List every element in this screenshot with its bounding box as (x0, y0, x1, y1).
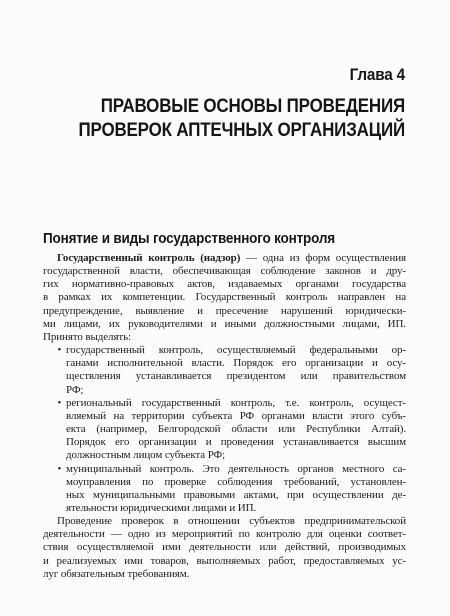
book-page: Глава 4 ПРАВОВЫЕ ОСНОВЫ ПРОВЕДЕНИЯ ПРОВЕ… (0, 0, 450, 616)
text-line: луг обязательным требованиям. (43, 568, 406, 581)
text-line: екта (например, Белгородской области или… (66, 423, 406, 436)
text-line: гих нормативно-правовых актов, издаваемы… (43, 278, 406, 291)
text-segment: ных муниципальными правовыми актами, при… (66, 489, 406, 501)
text-segment: муниципальный контроль. Это деятельность… (66, 463, 406, 475)
text-segment: Порядок его организации и проведения уст… (66, 436, 406, 448)
text-segment: должностным лицом субъекта РФ; (66, 449, 225, 461)
text-segment: государственный контроль, осуществляемый… (66, 344, 406, 356)
chapter-label: Глава 4 (41, 66, 406, 83)
bullet-item: •государственный контроль, осуществляемы… (43, 344, 406, 397)
text-segment: государственной власти, обеспечивающая с… (43, 265, 406, 277)
text-segment: луг обязательным требованиям. (43, 568, 189, 580)
text-line: ганами исполнительной власти. Порядок ег… (66, 357, 406, 370)
text-segment: ществления устанавливается президентом и… (66, 370, 406, 382)
bullet-item: •муниципальный контроль. Это деятельност… (43, 463, 406, 516)
text-segment: гих нормативно-правовых актов, издаваемы… (43, 278, 406, 290)
text-line: и реализуемых ими товаров, выполняемых р… (43, 555, 406, 568)
text-segment: в рамках их компетенции. Государственный… (43, 291, 406, 303)
text-segment: РФ; (66, 384, 83, 396)
text-segment: ганами исполнительной власти. Порядок ег… (66, 357, 406, 369)
bullet-item: •региональный государственный контроль, … (43, 397, 406, 463)
bullet-icon: • (58, 397, 62, 410)
text-line: •региональный государственный контроль, … (66, 397, 406, 410)
text-line: моуправления по проверке соблюдения треб… (66, 476, 406, 489)
chapter-title-line-2: ПРОВЕРОК АПТЕЧНЫХ ОРГАНИЗАЦИЙ (53, 119, 405, 143)
text-segment: и реализуемых ими товаров, выполняемых р… (43, 555, 406, 567)
text-segment: ятельности юридическими лицами и ИП. (66, 502, 256, 514)
text-line: деятельности — одно из мероприятий по ко… (43, 528, 406, 541)
bullet-icon: • (58, 463, 62, 476)
text-segment: — одна из форм осуществления (240, 252, 406, 264)
text-line: РФ; (66, 384, 406, 397)
text-line: ных муниципальными правовыми актами, при… (66, 489, 406, 502)
text-line: •государственный контроль, осуществляемы… (66, 344, 406, 357)
bold-term: Государственный контроль (надзор) (57, 252, 240, 264)
text-line: государственной власти, обеспечивающая с… (43, 265, 406, 278)
text-line: в рамках их компетенции. Государственный… (43, 291, 406, 304)
text-segment: предупреждение, выявление и пресечение н… (43, 305, 406, 317)
text-line: ми лицами, их руководителями и иными дол… (43, 318, 406, 331)
text-segment: региональный государственный контроль, т… (66, 397, 406, 409)
text-line: ствия осуществляемой ими деятельности ил… (43, 541, 406, 554)
body-text: Государственный контроль (надзор) — одна… (43, 252, 406, 581)
text-segment: деятельности — одно из мероприятий по ко… (43, 528, 406, 540)
text-segment: вляемый на территории субъекта РФ органа… (66, 410, 406, 422)
text-line: ществления устанавливается президентом и… (66, 370, 406, 383)
paragraph: Проведение проверок в отношении субъекто… (43, 515, 406, 581)
text-segment: Принято выделять: (43, 331, 131, 343)
text-line: Государственный контроль (надзор) — одна… (43, 252, 406, 265)
section-heading: Понятие и виды государственного контроля (43, 231, 335, 246)
text-segment: ми лицами, их руководителями и иными дол… (43, 318, 406, 330)
text-line: Проведение проверок в отношении субъекто… (43, 515, 406, 528)
text-segment: моуправления по проверке соблюдения треб… (66, 476, 406, 488)
text-segment: екта (например, Белгородской области или… (66, 423, 406, 435)
text-line: предупреждение, выявление и пресечение н… (43, 305, 406, 318)
text-segment: ствия осуществляемой ими деятельности ил… (43, 541, 406, 553)
text-line: ятельности юридическими лицами и ИП. (66, 502, 406, 515)
bullet-icon: • (58, 344, 62, 357)
paragraph: Государственный контроль (надзор) — одна… (43, 252, 406, 344)
text-line: Принято выделять: (43, 331, 406, 344)
text-segment: Проведение проверок в отношении субъекто… (57, 515, 406, 527)
text-line: •муниципальный контроль. Это деятельност… (66, 463, 406, 476)
text-line: Порядок его организации и проведения уст… (66, 436, 406, 449)
chapter-title: ПРАВОВЫЕ ОСНОВЫ ПРОВЕДЕНИЯ ПРОВЕРОК АПТЕ… (0, 95, 405, 142)
text-line: должностным лицом субъекта РФ; (66, 449, 406, 462)
text-line: вляемый на территории субъекта РФ органа… (66, 410, 406, 423)
chapter-title-line-1: ПРАВОВЫЕ ОСНОВЫ ПРОВЕДЕНИЯ (53, 95, 405, 119)
